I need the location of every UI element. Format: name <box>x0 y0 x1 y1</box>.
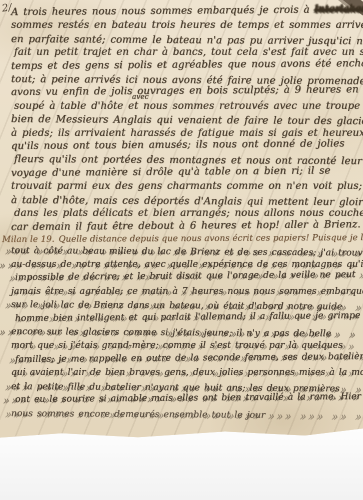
letter-line-text: impossible de décrire; et le bruit disai… <box>15 270 356 283</box>
letter-line: trouvait parmi eux des gens charmants co… <box>11 180 358 193</box>
letter-line-text: homme bien intelligent et qui parlait l'… <box>15 311 360 324</box>
letter-line-text: familles; je me rappelle en outre de la … <box>15 352 363 365</box>
scanned-letter-page: 2/ A trois heures nous nous sommes embar… <box>0 0 363 500</box>
crossed-letter-line: nous sommes encore demeurés ensemble tou… <box>11 408 358 424</box>
letter-line-text: jamais être si agréable; ce matin à 7 he… <box>11 287 363 297</box>
letter-line-text: au-dessus de notre attente, avec quelle … <box>11 260 363 270</box>
letter-line: bien de Messieurs Anglais qui venaient d… <box>11 113 358 129</box>
letter-line-text: soupé à table d'hôte et nous sommes retr… <box>14 101 363 112</box>
letter-line: sommes restés en bateau trois heures de … <box>11 19 358 32</box>
crossed-letter-line: qui avaient l'air de bien braves gens, d… <box>11 367 358 381</box>
letter-paper-sheet: 2/ A trois heures nous nous sommes embar… <box>0 0 363 439</box>
letter-text-body: A trois heures nous nous sommes embarqué… <box>11 6 358 422</box>
letter-line-text: mort que si j'étais grand-mère; comme il… <box>11 341 343 351</box>
crossed-letter-line: ont eu le sourire si aimable mais elles … <box>15 391 358 408</box>
letter-line: car demain il faut être debout à 6 heure… <box>11 218 358 234</box>
letter-line-text: ont eu le sourire si aimable mais elles … <box>15 392 361 405</box>
interline-insertion: avec <box>132 94 149 101</box>
dated-entry-line: Milan le 19.Quelle distance depuis que n… <box>2 233 358 246</box>
letter-line: temps et des gens si polis et agréables … <box>11 57 358 73</box>
dateline: Milan le 19. <box>2 235 55 245</box>
crossed-letter-line: homme bien intelligent et qui parlait l'… <box>15 310 358 327</box>
struck-text: Interlaken <box>314 3 363 17</box>
crossed-letter-line: familles; je me rappelle en outre de la … <box>15 351 358 368</box>
letter-line: à table d'hôte, mais ces déportés d'Angl… <box>11 194 358 210</box>
letter-line-text: nous sommes encore demeurés ensemble tou… <box>11 409 265 421</box>
crossed-letter-line: jamais être si agréable; ce matin à 7 he… <box>11 286 358 300</box>
letter-line-text: qui avaient l'air de bien braves gens, d… <box>11 368 363 378</box>
letter-line: avons vu enfin de jolis ouvrages en bois… <box>11 84 358 100</box>
crossed-letter-line: impossible de décrire; et le bruit disai… <box>15 269 358 286</box>
dated-entry-text: Quelle distance depuis que nous avons éc… <box>59 233 363 245</box>
letter-line-text: encore sur les glaciers comme si j'étais… <box>11 327 331 339</box>
letter-line: A trois heures nous nous sommes embarqué… <box>11 3 358 19</box>
letter-line-text: A trois heures nous nous sommes embarqué… <box>11 5 310 18</box>
letter-line: en parfaite santé; comme le bateau n'a p… <box>11 33 358 49</box>
letter-line: qu'ils nous ont tous bien amusés; ils no… <box>11 137 358 153</box>
letter-line: voyage d'une manière si drôle qu'à table… <box>11 164 358 180</box>
letter-line-text: tout à côté au beau milieu du lac de Bri… <box>11 246 363 259</box>
letter-line: avecsoupé à table d'hôte et nous sommes … <box>14 100 358 113</box>
